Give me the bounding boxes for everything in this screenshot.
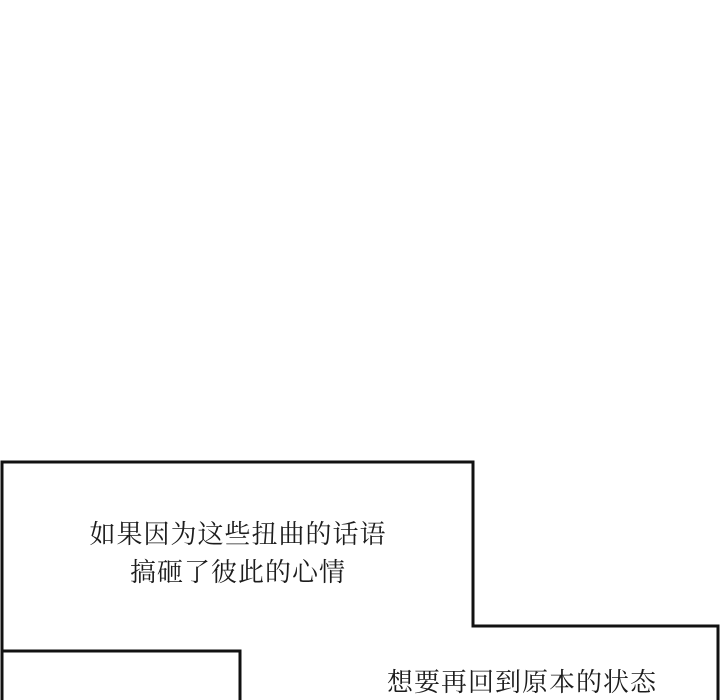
caption-box-1: 如果因为这些扭曲的话语 搞砸了彼此的心情 — [0, 516, 476, 592]
caption-1-line-2: 搞砸了彼此的心情 — [0, 554, 476, 592]
caption-box-2: 想要再回到原本的状态 — [322, 664, 720, 700]
caption-box-lower-left-border — [2, 651, 240, 700]
caption-box-outlines — [0, 0, 720, 700]
comic-page: 如果因为这些扭曲的话语 搞砸了彼此的心情 想要再回到原本的状态 — [0, 0, 720, 700]
caption-2-line-1: 想要再回到原本的状态 — [387, 668, 657, 698]
caption-1-line-1: 如果因为这些扭曲的话语 — [0, 516, 476, 554]
